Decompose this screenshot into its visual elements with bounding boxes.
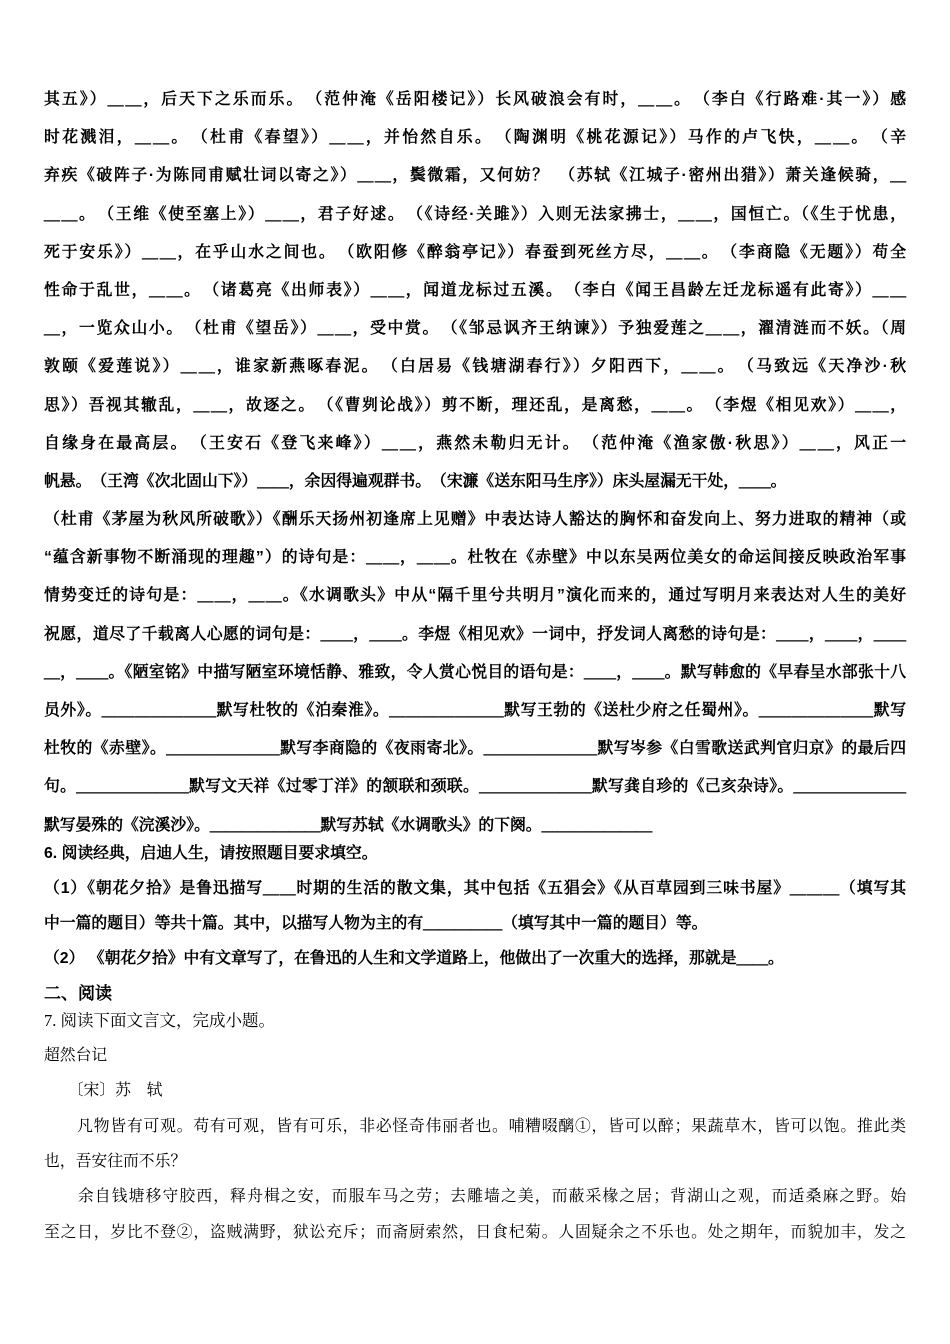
fill-paragraph-1: 其五》）＿＿，后天下之乐而乐。 （范仲淹《岳阳楼记》）长风破浪会有时，＿＿。 （… xyxy=(44,81,906,463)
classical-passage: 超然台记 〔宋〕苏 轼 凡物皆有可观。苟有可观，皆有可乐，非必怪奇伟丽者也。哺糟… xyxy=(44,1038,906,1250)
text-line: 思》）吾视其辙乱，＿＿，故逐之。 （《曹刿论战》）剪不断，理还乱，是离愁，＿＿。… xyxy=(44,387,906,425)
section-fill-in-blanks: 其五》）＿＿，后天下之乐而乐。 （范仲淹《岳阳楼记》）长风破浪会有时，＿＿。 （… xyxy=(44,81,906,845)
passage-paragraph1-last-line: 也，吾安往而不乐？ xyxy=(44,1144,906,1179)
text-line: 弃疾《破阵子·为陈同甫赋壮词以寄之》）＿＿，鬓微霜，又何妨？ （苏轼《江城子·密… xyxy=(44,157,906,195)
text-line: ＿＿。 （王维《使至塞上》）＿＿，君子好逑。 （《诗经·关雎》）入则无法家拂士，… xyxy=(44,196,906,234)
text-line: 句。＿＿＿＿＿＿＿默写文天祥《过零丁洋》的颔联和颈联。＿＿＿＿＿＿＿默写龚自珍的… xyxy=(44,768,906,806)
section2-heading: 二、阅读 xyxy=(44,976,906,1011)
text-line: “蕴含新事物不断涌现的理趣”）的诗句是：＿＿，＿＿。杜牧在《赤壁》中以东吴两位美… xyxy=(44,539,906,577)
text-line: 死于安乐》）＿＿，在乎山水之间也。 （欧阳修《醉翁亭记》）春蚕到死丝方尽，＿＿。… xyxy=(44,234,906,272)
text-line: 祝愿，道尽了千载离人心愿的词句是：＿＿，＿＿。李煜《相见欢》一词中，抒发词人离愁… xyxy=(44,616,906,654)
question6-item1-line1: （1）《朝花夕拾》是鲁迅描写＿＿时期的生活的散文集，其中包括《五猖会》《从百草园… xyxy=(44,871,906,906)
text-line: （杜甫《茅屋为秋风所破歌》）《酬乐天扬州初逢席上见赠》中表达诗人豁达的胸怀和奋发… xyxy=(44,501,906,539)
passage-paragraph2-line1: 余自钱塘移守胶西，释舟楫之安，而服车马之劳；去雕墙之美，而蔽采椽之居；背湖山之观… xyxy=(44,1179,906,1214)
text-line: 杜牧的《赤壁》。＿＿＿＿＿＿＿默写李商隐的《夜雨寄北》。＿＿＿＿＿＿＿默写岑参《… xyxy=(44,730,906,768)
text-line: 情势变迁的诗句是：＿＿，＿＿。《水调歌头》中从“隔千里兮共明月”演化而来的，通过… xyxy=(44,577,906,615)
exam-page: 其五》）＿＿，后天下之乐而乐。 （范仲淹《岳阳楼记》）长风破浪会有时，＿＿。 （… xyxy=(44,81,906,1250)
question6-item1-line2: 中一篇的题目）等共十篇。其中，以描写人物为主的有＿＿＿＿＿（填写其中一篇的题目）… xyxy=(44,906,906,941)
fill-paragraph-2: （杜甫《茅屋为秋风所破歌》）《酬乐天扬州初逢席上见赠》中表达诗人豁达的胸怀和奋发… xyxy=(44,501,906,807)
question7-stem: 7. 阅读下面文言文，完成小题。 xyxy=(44,1007,906,1035)
passage-title: 超然台记 xyxy=(44,1038,906,1073)
question-6: 6. 阅读经典，启迪人生，请按照题目要求填空。 （1）《朝花夕拾》是鲁迅描写＿＿… xyxy=(44,836,906,976)
fill-paragraph-1-last-line: 帆悬。 （王湾《次北固山下》）＿＿，余因得遍观群书。 （宋濂《送东阳马生序》）床… xyxy=(44,463,906,501)
text-line: ＿，一览众山小。 （杜甫《望岳》）＿＿，受中赏。 （《邹忌讽齐王纳谏》）予独爱莲… xyxy=(44,310,906,348)
passage-author: 〔宋〕苏 轼 xyxy=(44,1073,906,1108)
text-line: ＿，＿＿。《陋室铭》中描写陋室环境恬静、雅致，令人赏心悦目的语句是：＿＿，＿＿。… xyxy=(44,654,906,692)
passage-paragraph2-line2: 至之日，岁比不登②，盗贼满野，狱讼充斥；而斋厨索然，日食杞菊。人固疑余之不乐也。… xyxy=(44,1215,906,1250)
text-line: 自缘身在最高层。 （王安石《登飞来峰》）＿＿，燕然未勒归无计。 （范仲淹《渔家傲… xyxy=(44,425,906,463)
text-line: 其五》）＿＿，后天下之乐而乐。 （范仲淹《岳阳楼记》）长风破浪会有时，＿＿。 （… xyxy=(44,81,906,119)
question6-item2: （2） 《朝花夕拾》中有文章写了，在鲁迅的人生和文学道路上，他做出了一次重大的选… xyxy=(44,941,906,976)
text-line: 员外》。＿＿＿＿＿＿＿默写杜牧的《泊秦淮》。＿＿＿＿＿＿＿默写王勃的《送杜少府之… xyxy=(44,692,906,730)
text-line: 时花溅泪，＿＿。 （杜甫《春望》）＿＿，并怡然自乐。 （陶渊明《桃花源记》）马作… xyxy=(44,119,906,157)
text-line: 性命于乱世，＿＿。 （诸葛亮《出师表》）＿＿，闻道龙标过五溪。 （李白《闻王昌龄… xyxy=(44,272,906,310)
text-line: 敦颐《爱莲说》）＿＿，谁家新燕啄春泥。 （白居易《钱塘湖春行》）夕阳西下，＿＿。… xyxy=(44,348,906,386)
passage-paragraph1-line1: 凡物皆有可观。苟有可观，皆有可乐，非必怪奇伟丽者也。哺糟啜醨①，皆可以醉；果蔬草… xyxy=(44,1109,906,1144)
